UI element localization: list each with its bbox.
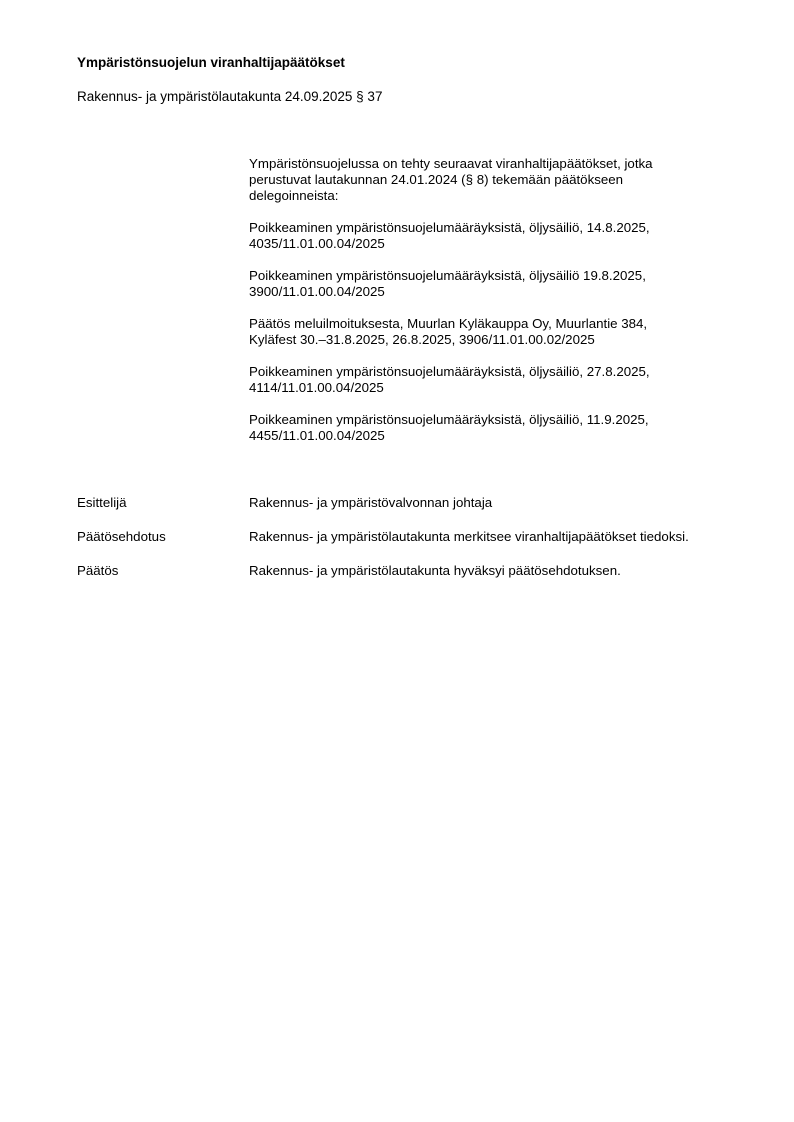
decision-description: Poikkeaminen ympäristönsuojelumääräyksis… [249, 364, 749, 380]
decision-item: Poikkeaminen ympäristönsuojelumääräyksis… [249, 220, 749, 252]
decision-description: Poikkeaminen ympäristönsuojelumääräyksis… [249, 268, 749, 284]
decision-reference: 4455/11.01.00.04/2025 [249, 428, 749, 444]
meeting-reference: Rakennus- ja ympäristölautakunta 24.09.2… [77, 89, 382, 104]
field-decision: Päätös Rakennus- ja ympäristölautakunta … [77, 563, 777, 597]
decision-reference: Kyläfest 30.–31.8.2025, 26.8.2025, 3906/… [249, 332, 749, 348]
intro-line: delegoinneista: [249, 188, 749, 204]
field-presenter: Esittelijä Rakennus- ja ympäristövalvonn… [77, 495, 777, 529]
decision-reference: 3900/11.01.00.04/2025 [249, 284, 749, 300]
intro-line: Ympäristönsuojelussa on tehty seuraavat … [249, 156, 749, 172]
field-value: Rakennus- ja ympäristövalvonnan johtaja [249, 495, 492, 510]
document-title: Ympäristönsuojelun viranhaltijapäätökset [77, 55, 345, 70]
field-value: Rakennus- ja ympäristölautakunta merkits… [249, 529, 689, 544]
decision-fields: Esittelijä Rakennus- ja ympäristövalvonn… [77, 495, 777, 597]
decision-body: Ympäristönsuojelussa on tehty seuraavat … [249, 156, 749, 460]
decision-description: Päätös meluilmoituksesta, Muurlan Kyläka… [249, 316, 749, 332]
decision-description: Poikkeaminen ympäristönsuojelumääräyksis… [249, 220, 749, 236]
field-proposal: Päätösehdotus Rakennus- ja ympäristölaut… [77, 529, 777, 563]
decision-item: Poikkeaminen ympäristönsuojelumääräyksis… [249, 412, 749, 444]
field-label: Päätös [77, 563, 249, 578]
decision-item: Poikkeaminen ympäristönsuojelumääräyksis… [249, 364, 749, 396]
decision-item: Poikkeaminen ympäristönsuojelumääräyksis… [249, 268, 749, 300]
decision-reference: 4114/11.01.00.04/2025 [249, 380, 749, 396]
field-label: Päätösehdotus [77, 529, 249, 544]
decision-description: Poikkeaminen ympäristönsuojelumääräyksis… [249, 412, 749, 428]
field-value: Rakennus- ja ympäristölautakunta hyväksy… [249, 563, 621, 578]
intro-line: perustuvat lautakunnan 24.01.2024 (§ 8) … [249, 172, 749, 188]
decision-list: Poikkeaminen ympäristönsuojelumääräyksis… [249, 220, 749, 444]
decision-item: Päätös meluilmoituksesta, Muurlan Kyläka… [249, 316, 749, 348]
decision-reference: 4035/11.01.00.04/2025 [249, 236, 749, 252]
field-label: Esittelijä [77, 495, 249, 510]
intro-paragraph: Ympäristönsuojelussa on tehty seuraavat … [249, 156, 749, 204]
